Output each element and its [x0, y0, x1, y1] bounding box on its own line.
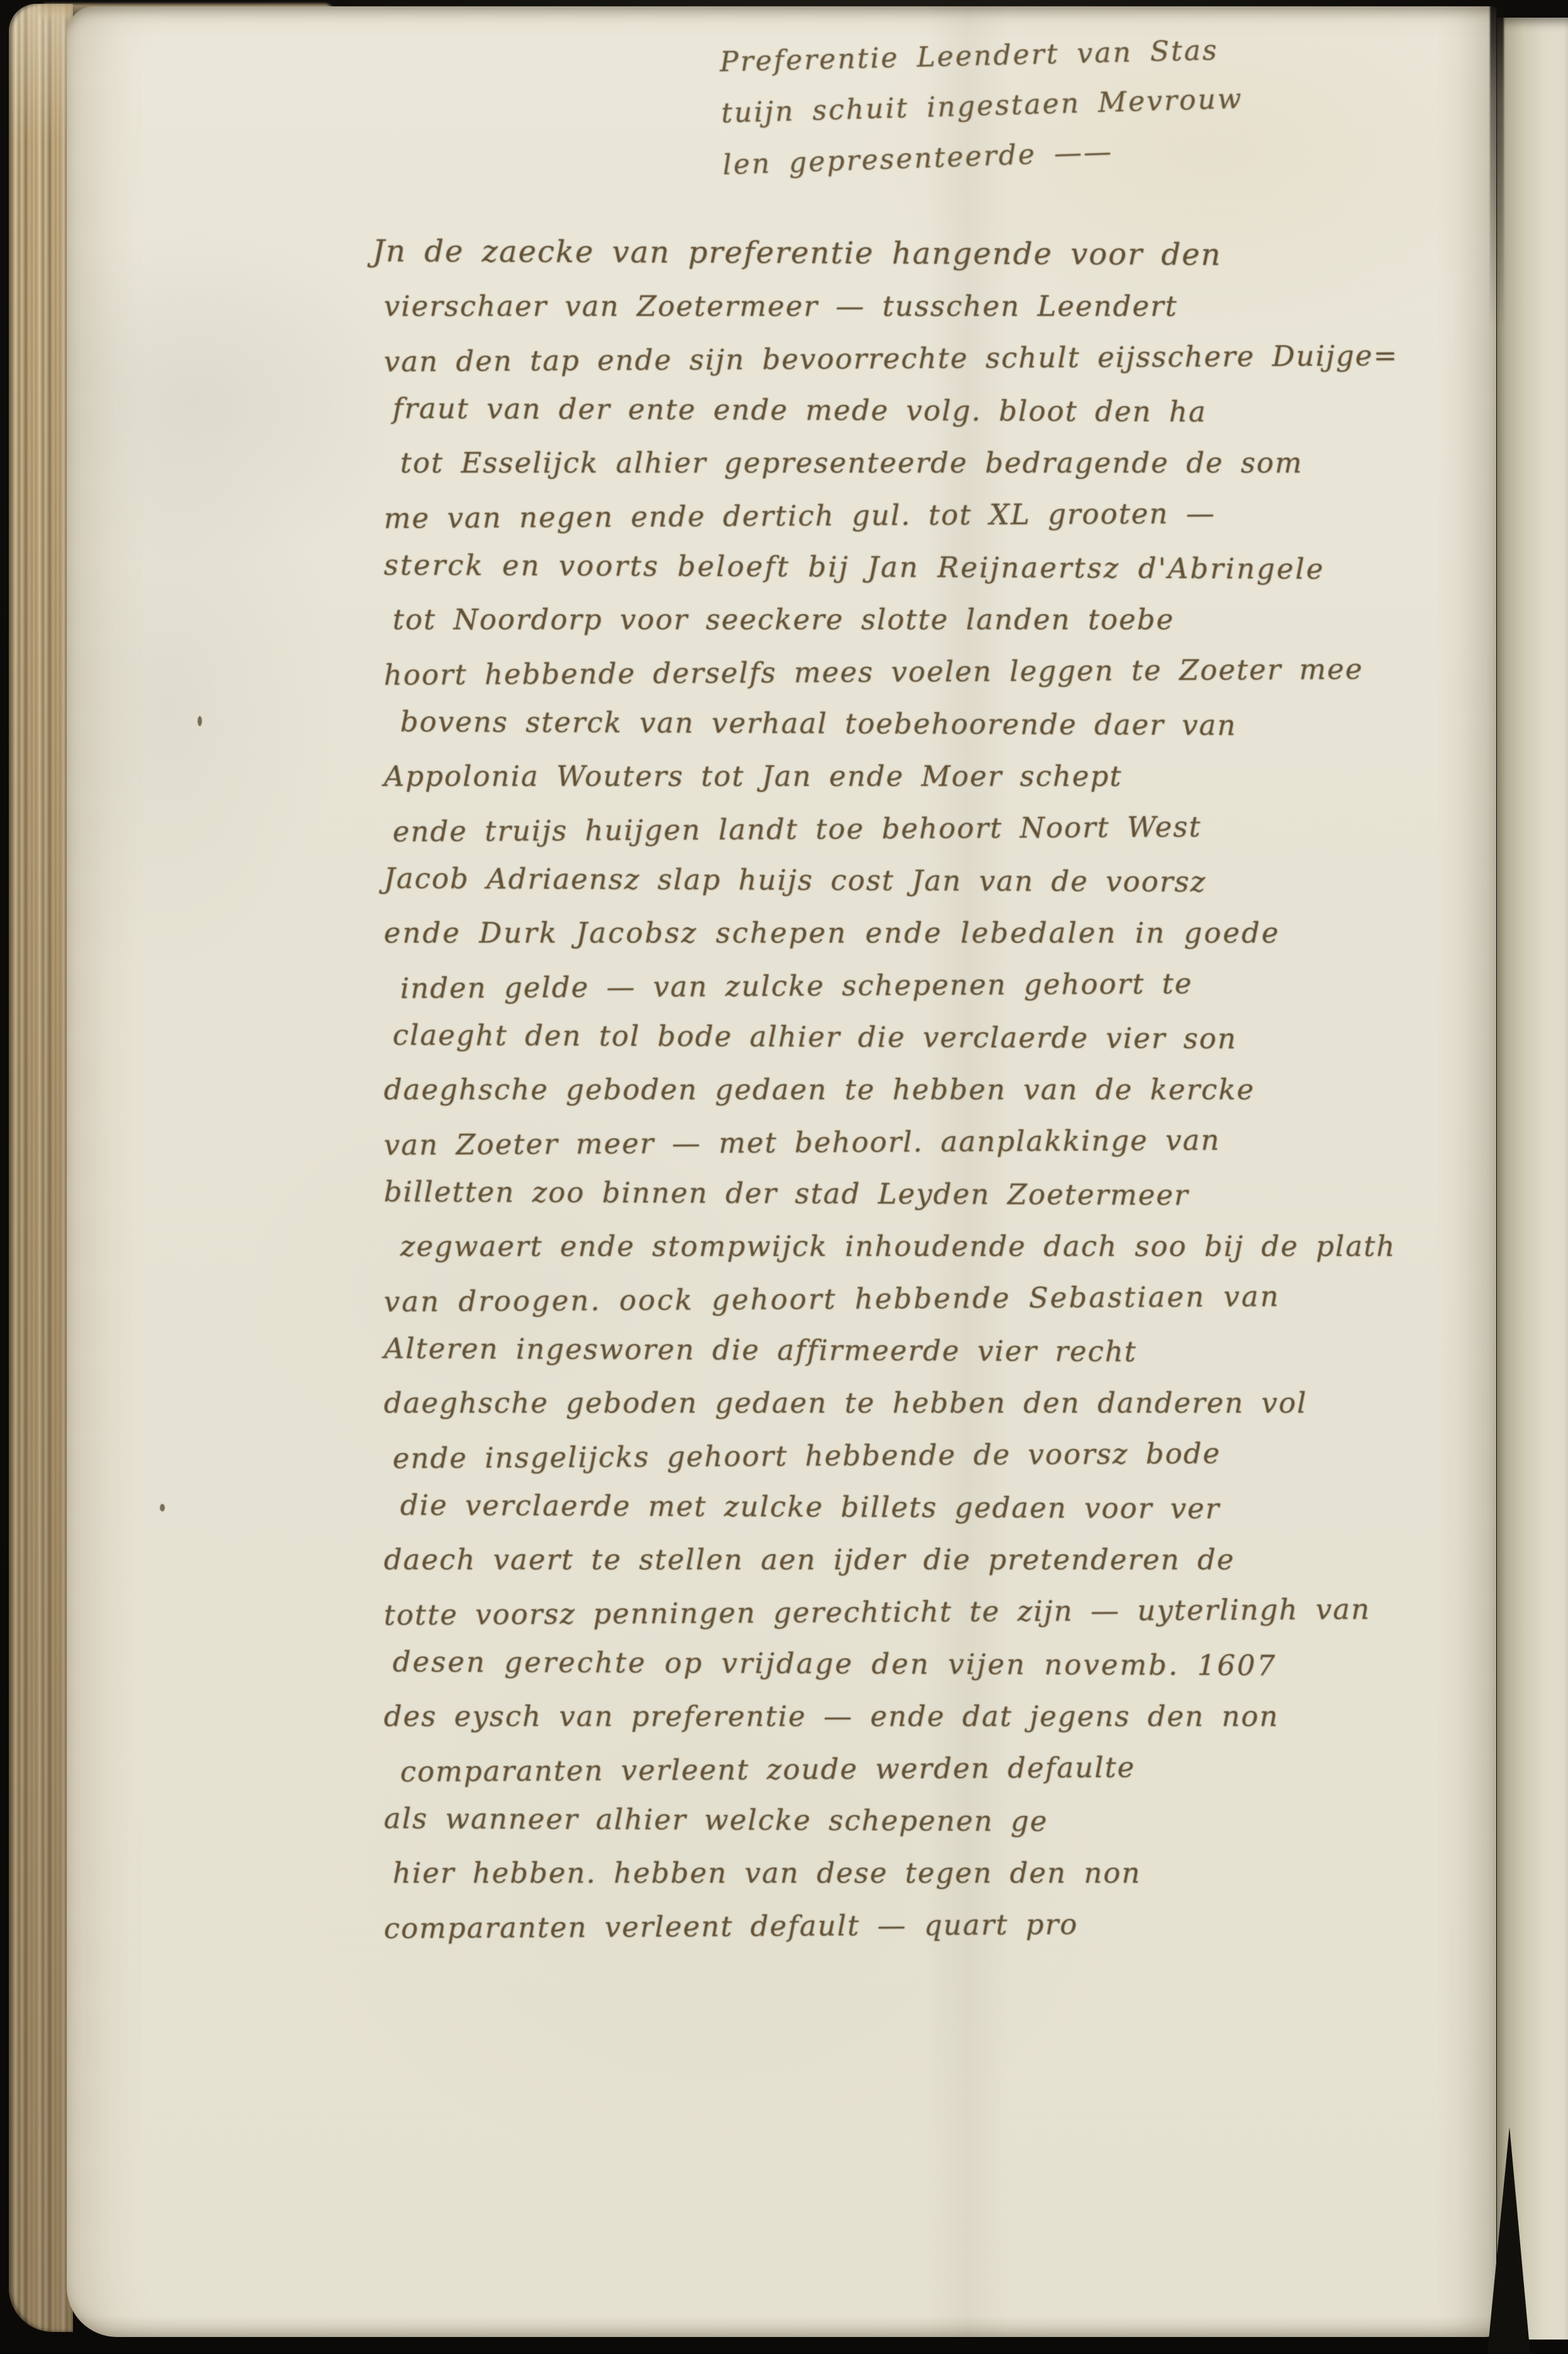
manuscript-line: van den tap ende sijn bevoorrechte schul… [384, 329, 1466, 388]
manuscript-page: Preferentie Leendert van Stastuijn schui… [67, 6, 1496, 2337]
manuscript-line: daeghsche geboden gedaen te hebben van d… [384, 1063, 1466, 1116]
manuscript-line: daeghsche geboden gedaen te hebben den d… [384, 1377, 1466, 1429]
manuscript-line: inden gelde — van zulcke schepenen gehoo… [400, 956, 1466, 1014]
manuscript-line: zegwaert ende stompwijck inhoudende dach… [400, 1220, 1466, 1272]
manuscript-line: Appolonia Wouters tot Jan ende Moer sche… [384, 750, 1466, 802]
manuscript-line: als wanneer alhier welcke schepenen ge [384, 1792, 1466, 1849]
manuscript-line: vierschaer van Zoetermeer — tusschen Lee… [384, 280, 1466, 332]
manuscript-line: fraut van der ente ende mede volg. bloot… [393, 382, 1466, 439]
manuscript-line: comparanten verleent default — quart pro [384, 1896, 1466, 1955]
manuscript-line: tot Esselijck alhier gepresenteerde bedr… [400, 437, 1466, 489]
manuscript-line: desen gerechte op vrijdage den vijen nov… [393, 1635, 1466, 1692]
manuscript-line: comparanten verleent zoude werden defaul… [400, 1739, 1466, 1798]
manuscript-line: van Zoeter meer — met behoorl. aanplakki… [384, 1113, 1466, 1172]
ink-speck [160, 1504, 165, 1511]
manuscript-line: sterck en voorts beloeft bij Jan Reijnae… [384, 539, 1466, 596]
manuscript-line: tot Noordorp voor seeckere slotte landen… [393, 593, 1466, 646]
heading-block: Preferentie Leendert van Stastuijn schui… [719, 19, 1428, 188]
gutter-top-shadow [1490, 0, 1504, 327]
manuscript-line: des eysch van preferentie — ende dat jeg… [384, 1690, 1466, 1742]
manuscript-line: claeght den tol bode alhier die verclaer… [393, 1009, 1466, 1065]
manuscript-line: me van negen ende dertich gul. tot XL gr… [384, 486, 1466, 545]
facing-page-sliver [1497, 18, 1568, 2340]
manuscript-line: Jacob Adriaensz slap huijs cost Jan van … [384, 852, 1466, 909]
manuscript-line: totte voorsz penningen gerechticht te zi… [384, 1583, 1466, 1642]
manuscript-line: hier hebben. hebben van dese tegen den n… [393, 1847, 1466, 1899]
manuscript-line: ende insgelijcks gehoort hebbende de voo… [393, 1426, 1466, 1484]
manuscript-line: bovens sterck van verhaal toebehoorende … [400, 695, 1466, 752]
manuscript-line: hoort hebbende derselfs mees voelen legg… [384, 642, 1466, 702]
manuscript-line: daech vaert te stellen aen ijder die pre… [384, 1533, 1466, 1586]
manuscript-line: die verclaerde met zulcke billets gedaen… [400, 1479, 1466, 1535]
manuscript-line: Jn de zaecke van preferentie hangende vo… [372, 225, 1466, 283]
body-text-block: Jn de zaecke van preferentie hangende vo… [384, 228, 1466, 1951]
stacked-page-edges [9, 4, 73, 2332]
book-scan-background: Preferentie Leendert van Stastuijn schui… [0, 0, 1568, 2354]
manuscript-line: ende truijs huijgen landt toe behoort No… [393, 799, 1466, 858]
manuscript-line: ende Durk Jacobsz schepen ende lebedalen… [384, 907, 1466, 959]
manuscript-line: Alteren ingesworen die affirmeerde vier … [384, 1322, 1466, 1379]
manuscript-line: billetten zoo binnen der stad Leyden Zoe… [384, 1165, 1466, 1223]
ink-speck [198, 716, 202, 726]
manuscript-line: van droogen. oock gehoort hebbende Sebas… [384, 1269, 1466, 1328]
